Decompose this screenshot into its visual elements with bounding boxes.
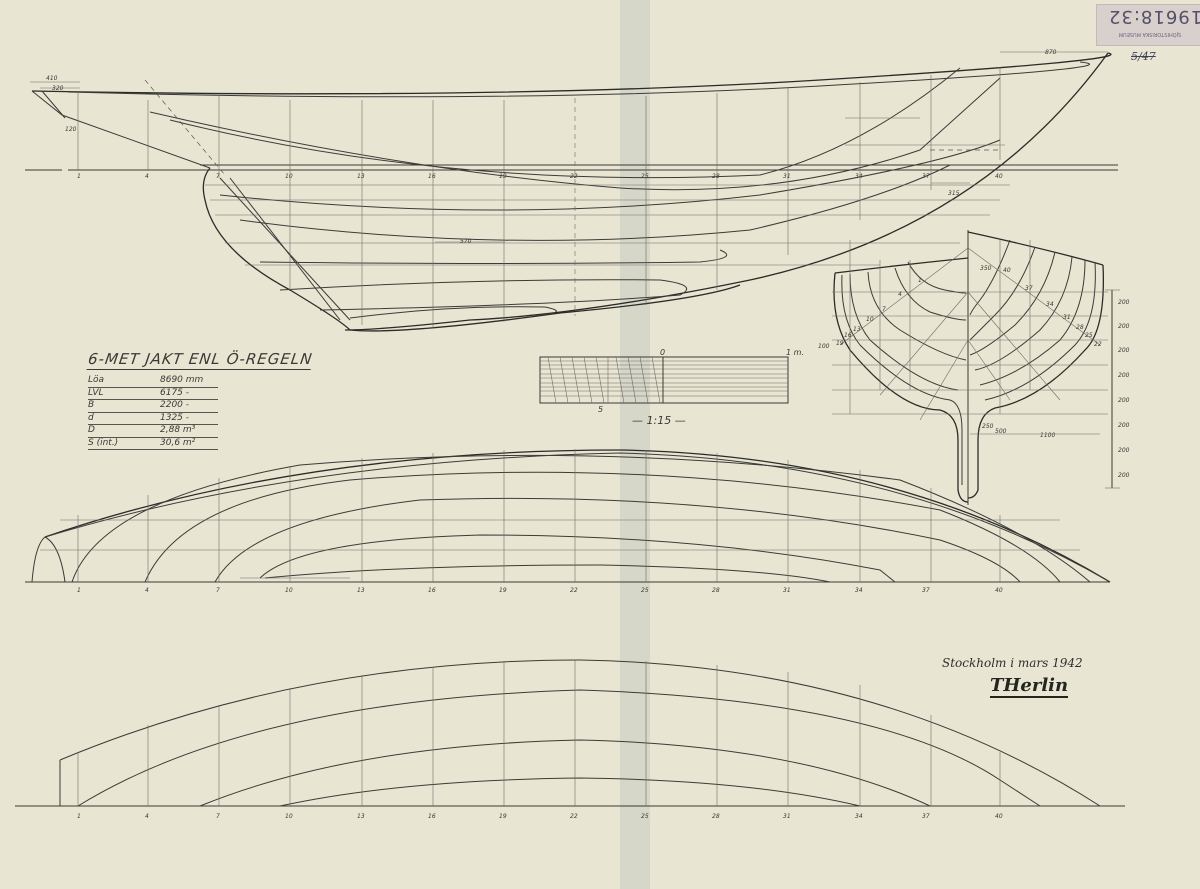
dim-410: 410 — [46, 75, 58, 82]
svg-text:200: 200 — [1118, 397, 1130, 404]
stamp-text: SJÖHISTORISKA MUSEUM — [1102, 31, 1198, 37]
spec-value: 8690 mm — [160, 375, 218, 387]
svg-text:10: 10 — [285, 587, 293, 594]
svg-text:200: 200 — [1118, 347, 1130, 354]
svg-text:7: 7 — [216, 173, 220, 180]
scale-end-label: 1 m. — [786, 348, 804, 357]
svg-text:37: 37 — [1025, 285, 1033, 292]
spec-value: 2,88 m³ — [160, 425, 218, 437]
spec-row-displacement: D 2,88 m³ — [88, 425, 218, 438]
dim-1100: 1100 — [1040, 432, 1055, 439]
spec-key: D — [88, 425, 160, 437]
spec-key: Löa — [88, 375, 160, 387]
svg-text:16: 16 — [844, 332, 852, 339]
svg-text:4: 4 — [145, 173, 149, 180]
svg-text:200: 200 — [1118, 472, 1130, 479]
svg-text:19: 19 — [499, 173, 507, 180]
svg-text:200: 200 — [1118, 447, 1130, 454]
svg-text:4: 4 — [145, 813, 149, 820]
svg-text:34: 34 — [855, 587, 863, 594]
svg-text:22: 22 — [1094, 341, 1102, 348]
spec-row-draft: d 1325 - — [88, 413, 218, 426]
svg-text:28: 28 — [712, 813, 720, 820]
svg-text:40: 40 — [995, 813, 1003, 820]
dim-315: 315 — [948, 190, 960, 197]
svg-text:7: 7 — [216, 813, 220, 820]
dim-250: 250 — [982, 423, 994, 430]
spec-table: Löa 8690 mm LVL 6175 - B 2200 - d 1325 -… — [88, 375, 218, 450]
body-plan-fwd-labels: 40 37 34 31 28 25 22 — [1003, 267, 1102, 348]
stamp-number: 19618:32 — [1108, 6, 1200, 27]
svg-text:25: 25 — [641, 587, 649, 594]
dim-870: 870 — [1045, 49, 1057, 56]
svg-text:7: 7 — [882, 306, 886, 313]
svg-text:31: 31 — [783, 173, 791, 180]
drawing-title: 6-MET JAKT ENL Ö-REGELN — [87, 350, 314, 370]
svg-text:31: 31 — [1063, 314, 1071, 321]
svg-text:37: 37 — [922, 813, 930, 820]
spec-value: 2200 - — [160, 400, 218, 412]
svg-text:13: 13 — [357, 813, 365, 820]
spec-value: 1325 - — [160, 413, 218, 425]
scale-bar: 0 1 m. 5 — [540, 348, 804, 414]
svg-text:1: 1 — [77, 587, 81, 594]
svg-text:200: 200 — [1118, 299, 1130, 306]
svg-text:34: 34 — [1046, 301, 1054, 308]
svg-text:40: 40 — [995, 587, 1003, 594]
signature-name: THerlin — [990, 676, 1068, 698]
svg-text:10: 10 — [285, 173, 293, 180]
svg-text:16: 16 — [428, 813, 436, 820]
svg-text:200: 200 — [1118, 323, 1130, 330]
svg-text:28: 28 — [712, 587, 720, 594]
svg-text:7: 7 — [216, 587, 220, 594]
svg-text:1: 1 — [918, 277, 922, 284]
svg-text:19: 19 — [836, 340, 844, 347]
svg-text:25: 25 — [641, 173, 649, 180]
spec-key: LVL — [88, 388, 160, 400]
svg-text:4: 4 — [898, 291, 902, 298]
svg-text:37: 37 — [922, 587, 930, 594]
svg-text:13: 13 — [357, 587, 365, 594]
dim-350: 350 — [980, 265, 992, 272]
spec-value: 6175 - — [160, 388, 218, 400]
svg-text:34: 34 — [855, 173, 863, 180]
spec-row-sail-area: S (int.) 30,6 m² — [88, 438, 218, 451]
svg-text:10: 10 — [285, 813, 293, 820]
scale-zero-label: 0 — [660, 348, 665, 357]
spec-row-loa: Löa 8690 mm — [88, 375, 218, 388]
scale-sub-label: 5 — [598, 405, 603, 414]
spec-key: B — [88, 400, 160, 412]
svg-text:25: 25 — [641, 813, 649, 820]
scale-ratio-label: — 1:15 — — [632, 414, 686, 427]
body-plan-view: 200 200 200 200 200 200 200 200 350 250 … — [818, 230, 1130, 505]
half-breadth-station-labels: 1 4 7 10 13 16 19 22 25 28 31 34 37 40 — [77, 587, 1003, 594]
dim-100: 100 — [818, 343, 830, 350]
svg-text:28: 28 — [1076, 324, 1084, 331]
svg-text:22: 22 — [570, 173, 578, 180]
svg-text:31: 31 — [783, 813, 791, 820]
half-breadth-view: 1 4 7 10 13 16 19 22 25 28 31 34 37 40 — [25, 449, 1110, 594]
svg-text:10: 10 — [866, 316, 874, 323]
waterline-spacing-labels: 200 200 200 200 200 200 200 200 — [1118, 299, 1130, 479]
svg-text:4: 4 — [145, 587, 149, 594]
svg-text:16: 16 — [428, 587, 436, 594]
spec-row-beam: B 2200 - — [88, 400, 218, 413]
profile-view: 410 320 120 870 315 570 1 4 7 10 13 16 1… — [25, 49, 1118, 331]
svg-text:28: 28 — [712, 173, 720, 180]
svg-text:16: 16 — [428, 173, 436, 180]
spec-key: d — [88, 413, 160, 425]
diagonals-view: 1 4 7 10 13 16 19 22 25 28 31 34 37 40 — [15, 660, 1125, 820]
svg-text:1: 1 — [77, 813, 81, 820]
svg-text:34: 34 — [855, 813, 863, 820]
corner-mark: 5/47 — [1131, 50, 1156, 63]
svg-text:22: 22 — [570, 813, 578, 820]
svg-text:19: 19 — [499, 813, 507, 820]
svg-text:22: 22 — [570, 587, 578, 594]
spec-key: S (int.) — [88, 438, 160, 450]
svg-text:13: 13 — [357, 173, 365, 180]
svg-text:200: 200 — [1118, 372, 1130, 379]
signature-place-date: Stockholm i mars 1942 — [942, 656, 1083, 670]
svg-text:1: 1 — [77, 173, 81, 180]
dim-120: 120 — [65, 126, 77, 133]
svg-text:40: 40 — [995, 173, 1003, 180]
svg-text:31: 31 — [783, 587, 791, 594]
dim-570: 570 — [460, 238, 472, 245]
svg-text:40: 40 — [1003, 267, 1011, 274]
svg-text:200: 200 — [1118, 422, 1130, 429]
body-plan-aft-labels: 1 4 7 10 13 16 19 — [836, 277, 922, 347]
svg-text:19: 19 — [499, 587, 507, 594]
svg-text:37: 37 — [922, 173, 930, 180]
dim-320: 320 — [52, 85, 64, 92]
svg-text:25: 25 — [1085, 332, 1093, 339]
svg-text:13: 13 — [853, 326, 861, 333]
spec-row-lvl: LVL 6175 - — [88, 388, 218, 401]
diagonals-station-labels: 1 4 7 10 13 16 19 22 25 28 31 34 37 40 — [77, 813, 1003, 820]
spec-value: 30,6 m² — [160, 438, 218, 450]
